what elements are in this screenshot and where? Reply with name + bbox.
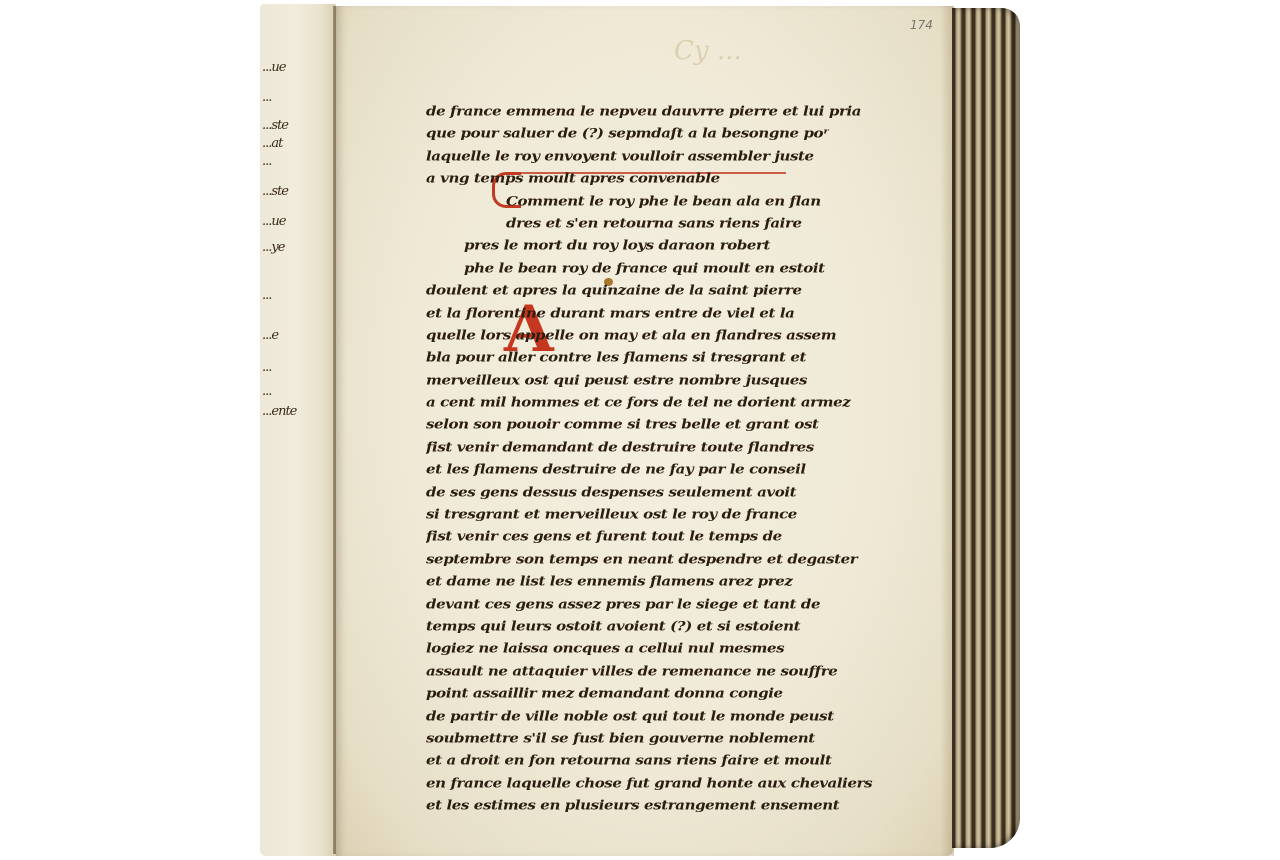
text-line: selon son pouoir comme si tres belle et … — [426, 415, 886, 434]
text-line: point assaillir mez demandant donna cong… — [426, 684, 886, 703]
text-line: septembre son temps en neant despendre e… — [426, 549, 886, 568]
margin-fragment: ...ue — [262, 60, 285, 75]
text-line: et dame ne list les ennemis flamens arez… — [426, 572, 886, 591]
text-line: laquelle le roy envoyent voulloir assemb… — [426, 146, 886, 165]
chapter-heading-line: dres et s'en retourna sans riens faire — [426, 214, 886, 233]
book-fore-edge — [952, 8, 1020, 848]
text-line: logiez ne laissa oncques a cellui nul me… — [426, 639, 886, 658]
text-line: soubmettre s'il se fust bien gouverne no… — [426, 729, 886, 748]
text-line: pres le mort du roy loys daraon robert — [426, 236, 886, 255]
text-line: fist venir ces gens et furent tout le te… — [426, 527, 886, 546]
text-line: quelle lors appelle on may et ala en fla… — [426, 326, 886, 345]
text-line: bla pour aller contre les flamens si tre… — [426, 348, 886, 367]
chapter-heading-line: Comment le roy phe le bean ala en flan — [426, 191, 886, 210]
text-line: assault ne attaquier villes de remenance… — [426, 661, 886, 680]
margin-fragment: ...e — [262, 328, 278, 343]
text-line: a vng temps moult apres convenable — [426, 169, 886, 188]
text-line: doulent et apres la quinzaine de la sain… — [426, 281, 886, 300]
text-line: devant ces gens assez pres par le siege … — [426, 594, 886, 613]
margin-fragment: ... — [262, 384, 271, 399]
margin-fragment: ... — [262, 288, 271, 303]
text-line: et la florentine durant mars entre de vi… — [426, 303, 886, 322]
margin-fragment: ... — [262, 360, 271, 375]
text-line: de partir de ville noble ost qui tout le… — [426, 706, 886, 725]
margin-fragment: ... — [262, 154, 271, 169]
text-line: temps qui leurs ostoit avoient (?) et si… — [426, 617, 886, 636]
text-line: que pour saluer de (?) sepmdaſt a la bes… — [426, 124, 886, 143]
text-line: et les estimes en plusieurs estrangement… — [426, 796, 886, 815]
left-page-verso: ...ue ... ...ste ...at ... ...ste ...ue … — [260, 4, 336, 856]
text-line: de ses gens dessus despenses seulement a… — [426, 482, 886, 501]
right-page-recto: 174 Cy ... A de france emmena le nepveu … — [336, 6, 954, 856]
text-line: phe le bean roy de france qui moult en e… — [426, 258, 886, 277]
margin-fragment: ...ste — [262, 118, 288, 133]
margin-fragment: ...ue — [262, 214, 285, 229]
text-line: merveilleux ost qui peust estre nombre j… — [426, 370, 886, 389]
manuscript-text-block: A de france emmena le nepveu dauvrre pie… — [426, 100, 886, 817]
text-line: et les flamens destruire de ne fay par l… — [426, 460, 886, 479]
faint-marginal-note: Cy ... — [674, 36, 742, 66]
folio-number: 174 — [910, 18, 933, 32]
text-line: a cent mil hommes et ce fors de tel ne d… — [426, 393, 886, 412]
margin-fragment: ...ye — [262, 240, 284, 255]
margin-fragment: ...at — [262, 136, 282, 151]
text-line: fist venir demandant de destruire toute … — [426, 438, 886, 457]
text-line: en france laquelle chose fut grand honte… — [426, 773, 886, 792]
text-line: et a droit en fon retourna sans riens fa… — [426, 751, 886, 770]
text-line: si tresgrant et merveilleux ost le roy d… — [426, 505, 886, 524]
text-line: de france emmena le nepveu dauvrre pierr… — [426, 102, 886, 121]
margin-fragment: ... — [262, 90, 271, 105]
margin-fragment: ...ste — [262, 184, 288, 199]
manuscript-viewer: ...ue ... ...ste ...at ... ...ste ...ue … — [0, 0, 1280, 860]
margin-fragment: ...ente — [262, 404, 296, 419]
